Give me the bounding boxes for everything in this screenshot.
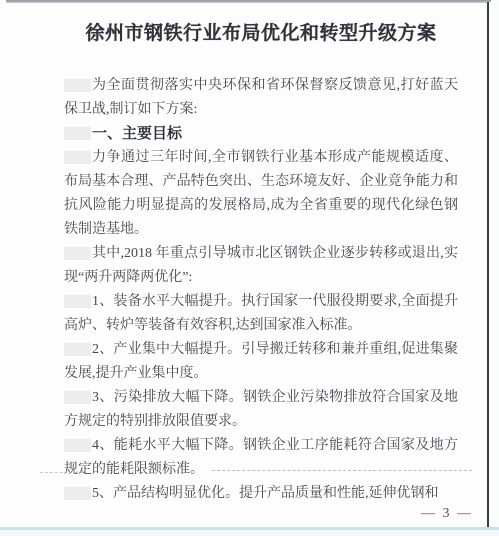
paragraph: 5、产品结构明显优化。提升产品质量和性能,延伸优钢和 bbox=[64, 482, 458, 506]
scan-top-edge bbox=[6, 0, 491, 3]
document-content: 徐州市钢铁行业布局优化和转型升级方案 为全面贯彻落实中央环保和省环保督察反馈意见… bbox=[64, 20, 458, 506]
scanned-document-page: 徐州市钢铁行业布局优化和转型升级方案 为全面贯彻落实中央环保和省环保督察反馈意见… bbox=[0, 0, 499, 536]
paragraph: 力争通过三年时间,全市钢铁行业基本形成产能规模适度、布局基本合理、产品特色突出、… bbox=[64, 146, 458, 242]
document-title: 徐州市钢铁行业布局优化和转型升级方案 bbox=[64, 20, 458, 48]
paragraph: 为全面贯彻落实中央环保和省环保督察反馈意见,打好蓝天保卫战,制订如下方案: bbox=[64, 74, 458, 122]
document-body: 为全面贯彻落实中央环保和省环保督察反馈意见,打好蓝天保卫战,制订如下方案:一、主… bbox=[64, 74, 458, 506]
scan-bottom-fill bbox=[0, 530, 499, 536]
scan-right-edge bbox=[487, 2, 489, 528]
scan-artifact-dash bbox=[212, 470, 472, 471]
page-number: — 3 — bbox=[421, 506, 473, 522]
paragraph: 3、污染排放大幅下降。钢铁企业污染物排放符合国家及地方规定的特别排放限值要求。 bbox=[64, 386, 458, 434]
paragraph: 2、产业集中大幅提升。引导搬迁转移和兼并重组,促进集聚发展,提升产业集中度。 bbox=[64, 338, 458, 386]
section-heading: 一、主要目标 bbox=[64, 122, 458, 146]
scan-right-margin bbox=[489, 2, 499, 528]
paragraph: 1、装备水平大幅提升。执行国家一代服役期要求,全面提升高炉、转炉等装备有效容积,… bbox=[64, 290, 458, 338]
scan-artifact-dash bbox=[40, 472, 82, 473]
paragraph: 4、能耗水平大幅下降。钢铁企业工序能耗符合国家及地方规定的能耗限额标准。 bbox=[64, 434, 458, 482]
paragraph: 其中,2018 年重点引导城市北区钢铁企业逐步转移或退出,实现“两升两降两优化”… bbox=[64, 242, 458, 290]
